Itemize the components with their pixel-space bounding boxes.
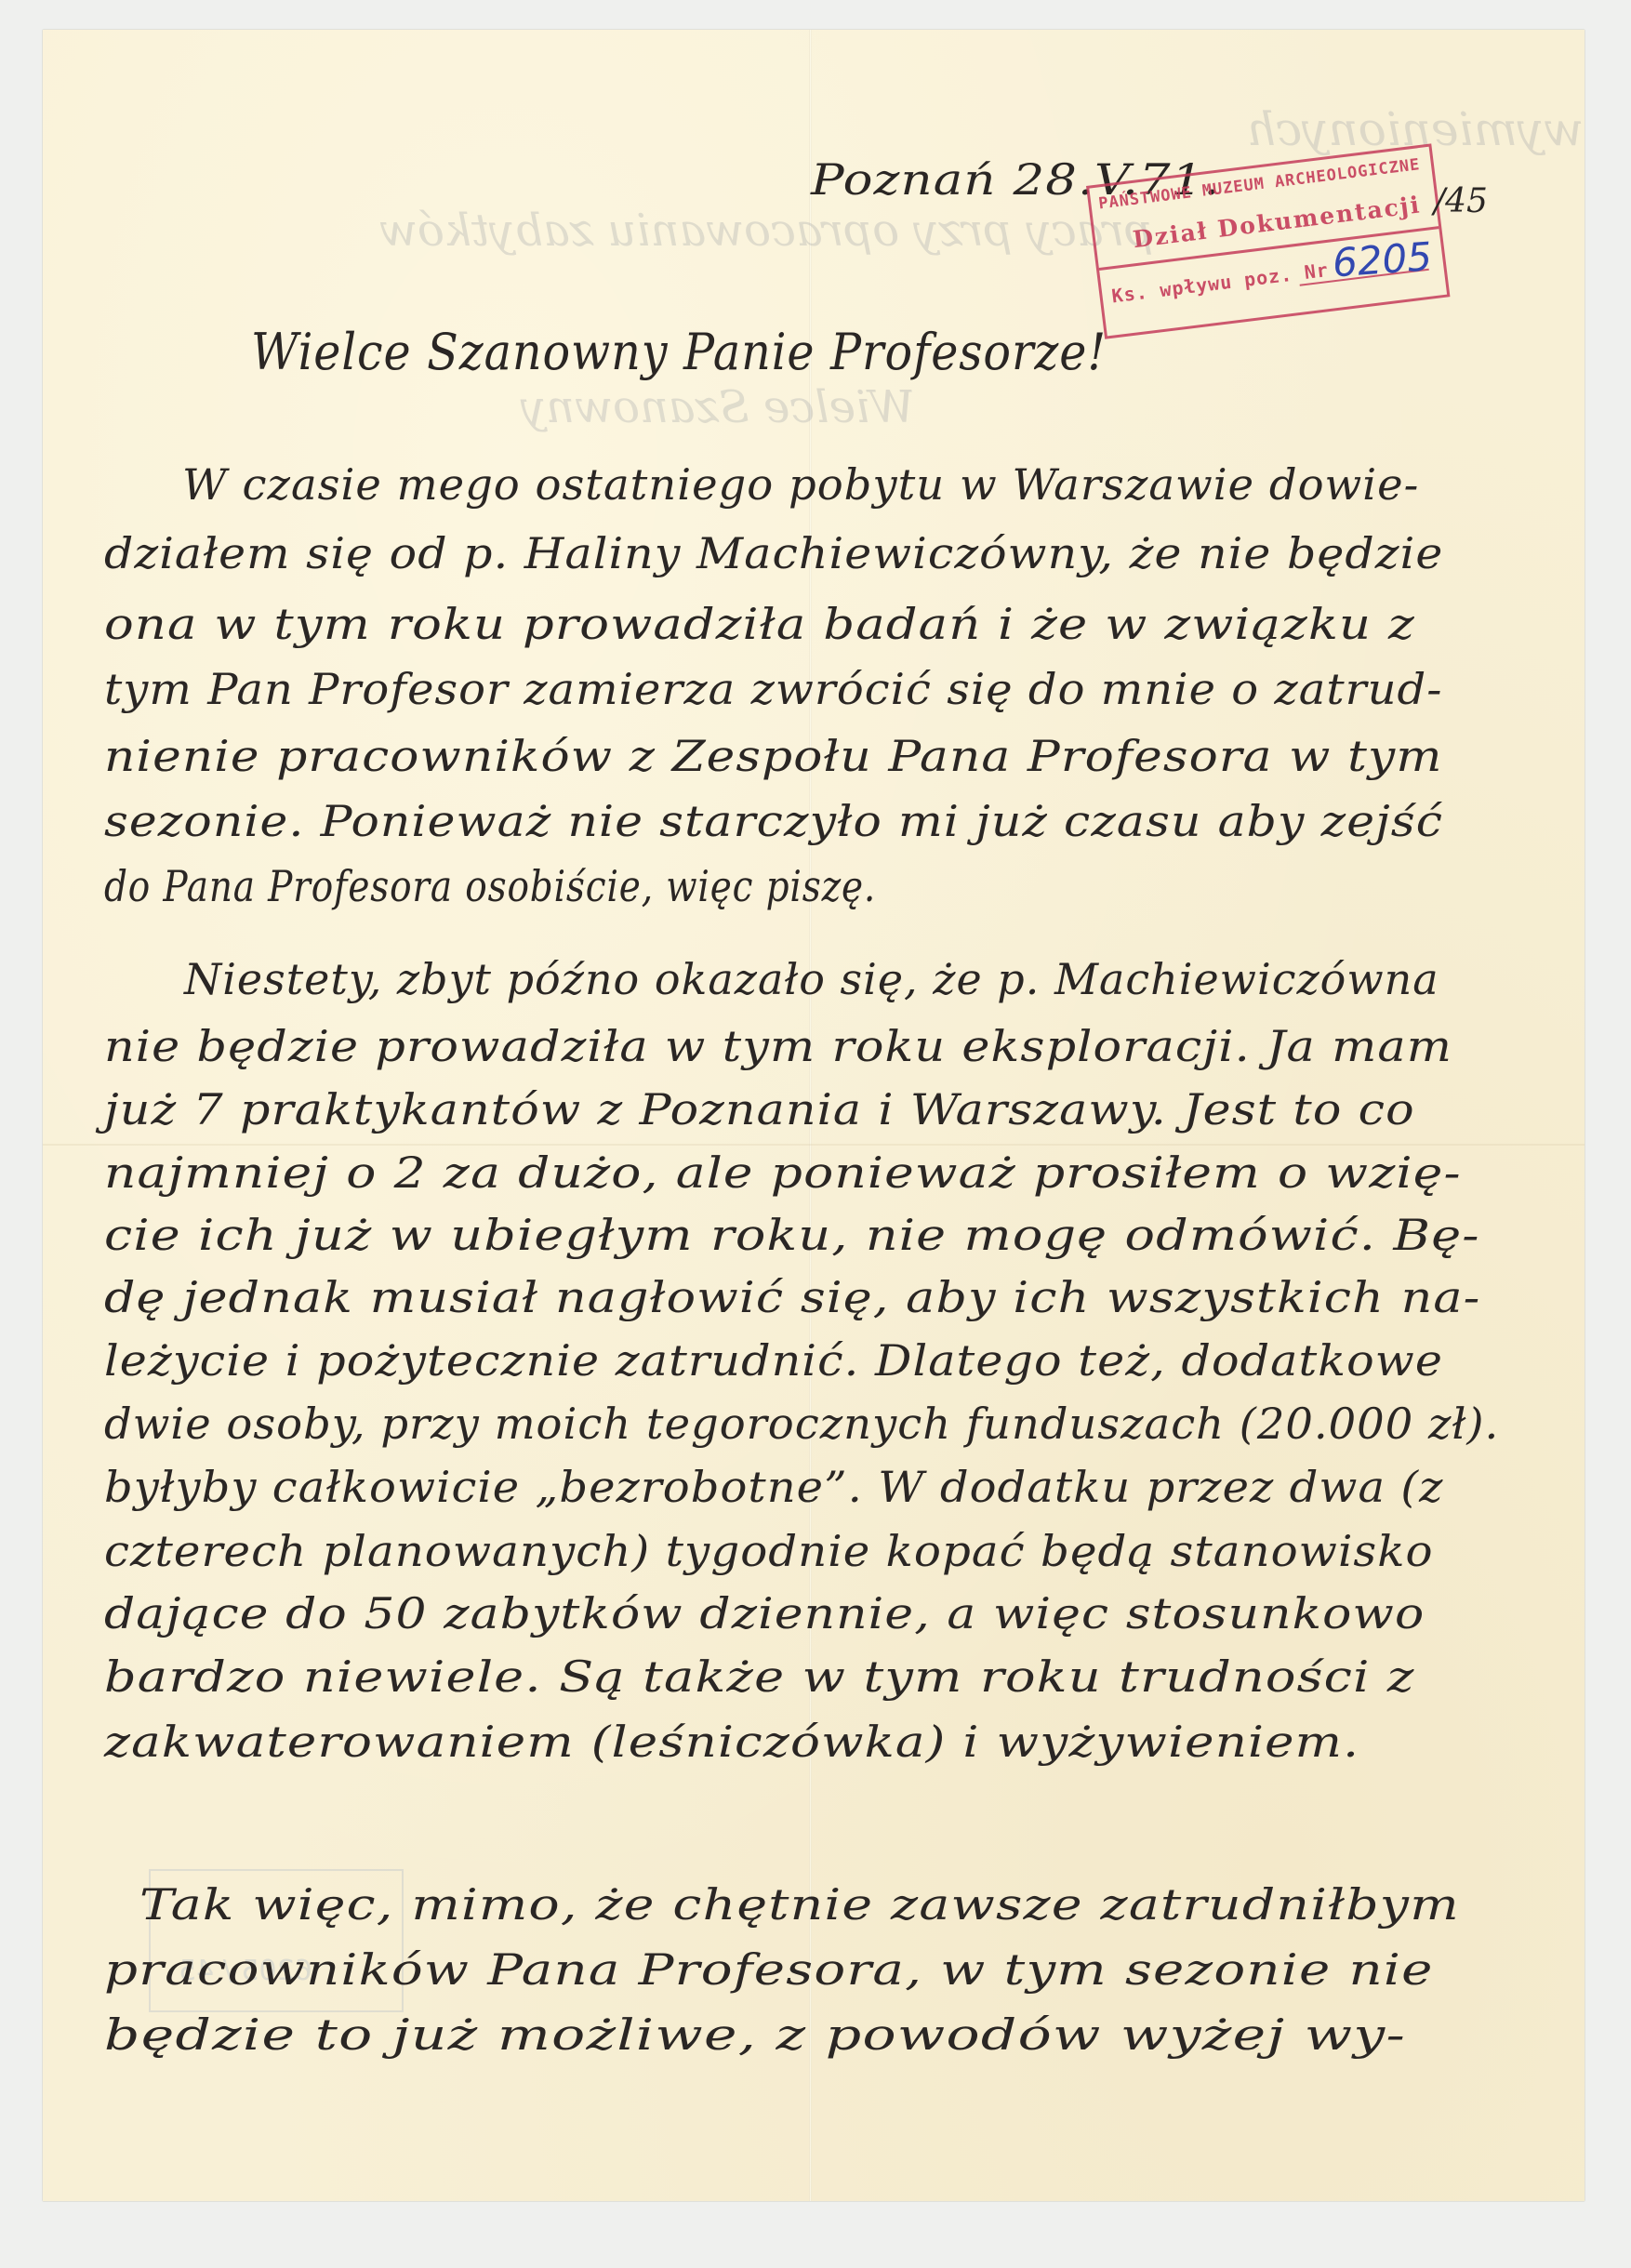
letter-line: tym Pan Profesor zamierza zwrócić się do… bbox=[104, 668, 1442, 710]
letter-line: Niestety, zbyt późno okazało się, że p. … bbox=[184, 958, 1439, 1001]
stamp-register-number: 6205 bbox=[1331, 233, 1433, 285]
letter-line: najmniej o 2 za dużo, ale ponieważ prosi… bbox=[104, 1151, 1462, 1194]
stamp-register-label: Ks. wpływu poz. Nr bbox=[1110, 259, 1330, 307]
letter-line: dające do 50 zabytków dziennie, a więc s… bbox=[104, 1592, 1425, 1635]
letter-line: ona w tym roku prowadziła badań i że w z… bbox=[104, 603, 1415, 645]
letter-line: cie ich już w ubiegłym roku, nie mogę od… bbox=[104, 1214, 1480, 1256]
letter-line: byłyby całkowicie „bezrobotne”. W dodatk… bbox=[104, 1466, 1443, 1508]
bleed-through-text: Wielce Szanowny bbox=[521, 381, 915, 433]
letter-line: już 7 praktykantów z Poznania i Warszawy… bbox=[104, 1088, 1415, 1131]
fold-line-horizontal bbox=[43, 1144, 1585, 1146]
letter-line: dę jednak musiał nagłowić się, aby ich w… bbox=[104, 1276, 1480, 1319]
bleed-through-text: pracy przy opracowaniu zabytków bbox=[391, 205, 1153, 257]
letter-line: leżycie i pożytecznie zatrudnić. Dlatego… bbox=[104, 1339, 1443, 1382]
salutation: Wielce Szanowny Panie Profesorze! bbox=[251, 327, 1107, 378]
letter-line: Tak więc, mimo, że chętnie zawsze zatrud… bbox=[139, 1883, 1460, 1926]
letter-line: nie będzie prowadziła w tym roku eksplor… bbox=[104, 1025, 1452, 1068]
letter-line: działem się od p. Haliny Machiewiczówny,… bbox=[104, 532, 1443, 575]
letter-line: zakwaterowaniem (leśniczówka) i wyżywien… bbox=[104, 1720, 1359, 1763]
letter-line: pracowników Pana Profesora, w tym sezoni… bbox=[104, 1948, 1434, 1991]
letter-line: do Pana Profesora osobiście, więc piszę. bbox=[104, 865, 876, 908]
stamp-register-suffix: /45 bbox=[1434, 182, 1488, 220]
letter-line: dwie osoby, przy moich tegorocznych fund… bbox=[104, 1402, 1499, 1445]
letter-line: sezonie. Ponieważ nie starczyło mi już c… bbox=[104, 800, 1443, 842]
letter-line: nienie pracowników z Zespołu Pana Profes… bbox=[104, 735, 1443, 777]
letter-line: czterech planowanych) tygodnie kopać będ… bbox=[104, 1530, 1434, 1572]
letter-line: będzie to już możliwe, z powodów wyżej w… bbox=[104, 2013, 1406, 2056]
letter-line: bardzo niewiele. Są także w tym roku tru… bbox=[104, 1655, 1415, 1698]
letter-line: W czasie mego ostatniego pobytu w Warsza… bbox=[182, 463, 1419, 506]
